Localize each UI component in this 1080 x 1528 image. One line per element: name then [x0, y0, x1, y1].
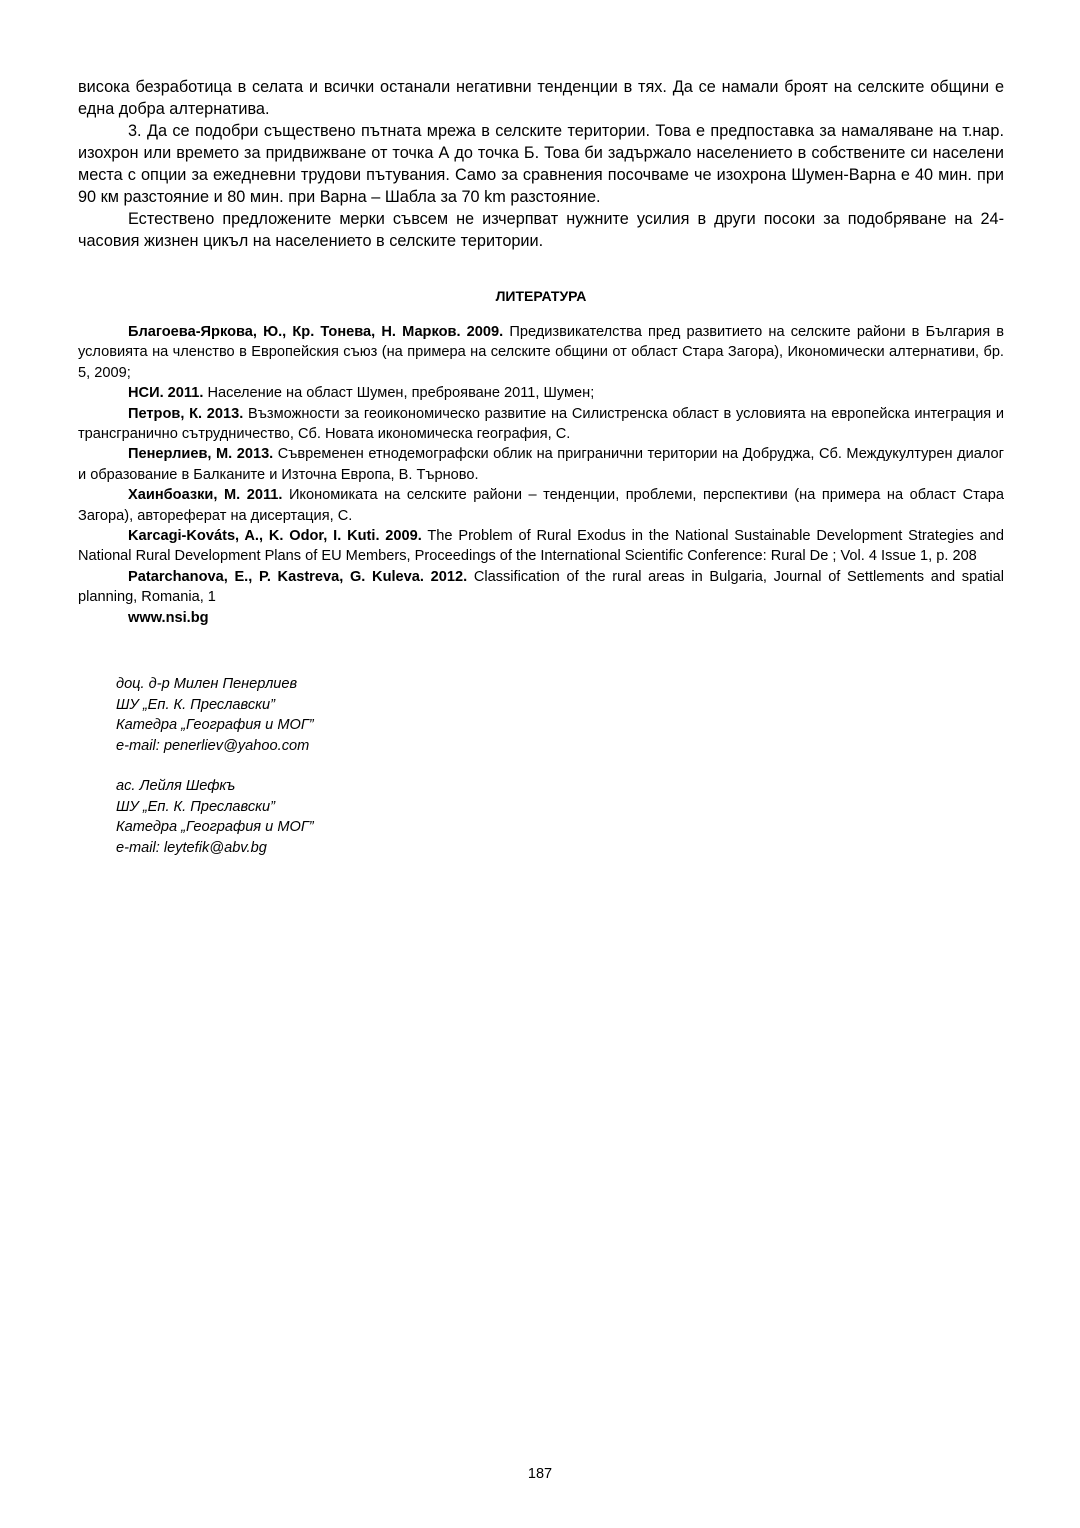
reference-authors: НСИ. 2011.: [128, 385, 203, 401]
body-paragraph: висока безработица в селата и всички ост…: [78, 76, 1004, 120]
reference-item: Patarchanova, E., P. Kastreva, G. Kuleva…: [78, 567, 1004, 608]
reference-authors: Пенерлиев, М. 2013.: [128, 446, 273, 462]
reference-authors: Хаинбоазки, М. 2011.: [128, 487, 282, 503]
reference-authors: Петров, К. 2013.: [128, 406, 243, 422]
reference-authors: Karcagi-Kováts, A., K. Odor, I. Kuti. 20…: [128, 528, 422, 544]
author-block: доц. д-р Милен Пенерлиев ШУ „Еп. К. Прес…: [116, 674, 1004, 756]
body-paragraph: 3. Да се подобри съществено пътната мреж…: [78, 120, 1004, 208]
reference-item: НСИ. 2011. Население на област Шумен, пр…: [78, 383, 1004, 403]
reference-authors: Patarchanova, E., P. Kastreva, G. Kuleva…: [128, 569, 467, 585]
reference-authors: Благоева-Яркова, Ю., Кр. Тонева, Н. Марк…: [128, 324, 503, 340]
author-university: ШУ „Еп. К. Преславски”: [116, 797, 1004, 818]
author-email: e-mail: penerliev@yahoo.com: [116, 736, 1004, 757]
website-reference: www.nsi.bg: [78, 608, 1004, 628]
reference-text: Население на област Шумен, преброяване 2…: [203, 385, 594, 401]
references-heading: ЛИТЕРАТУРА: [78, 286, 1004, 306]
reference-item: Пенерлиев, М. 2013. Съвременен етнодемог…: [78, 444, 1004, 485]
reference-item: Karcagi-Kováts, A., K. Odor, I. Kuti. 20…: [78, 526, 1004, 567]
document-page: висока безработица в селата и всички ост…: [78, 76, 1004, 878]
reference-item: Хаинбоазки, М. 2011. Икономиката на селс…: [78, 485, 1004, 526]
author-name: доц. д-р Милен Пенерлиев: [116, 674, 1004, 695]
author-department: Катедра „География и МОГ”: [116, 715, 1004, 736]
references-list: Благоева-Яркова, Ю., Кр. Тонева, Н. Марк…: [78, 322, 1004, 628]
reference-item: Петров, К. 2013. Възможности за геоиконо…: [78, 404, 1004, 445]
author-university: ШУ „Еп. К. Преславски”: [116, 695, 1004, 716]
author-affiliations: доц. д-р Милен Пенерлиев ШУ „Еп. К. Прес…: [116, 674, 1004, 858]
author-name: ас. Лейля Шефкъ: [116, 776, 1004, 797]
page-number: 187: [0, 1466, 1080, 1482]
author-department: Катедра „География и МОГ”: [116, 817, 1004, 838]
reference-item: Благоева-Яркова, Ю., Кр. Тонева, Н. Марк…: [78, 322, 1004, 383]
author-email: e-mail: leytefik@abv.bg: [116, 838, 1004, 859]
body-paragraph: Естествено предложените мерки съвсем не …: [78, 208, 1004, 252]
author-block: ас. Лейля Шефкъ ШУ „Еп. К. Преславски” К…: [116, 776, 1004, 858]
